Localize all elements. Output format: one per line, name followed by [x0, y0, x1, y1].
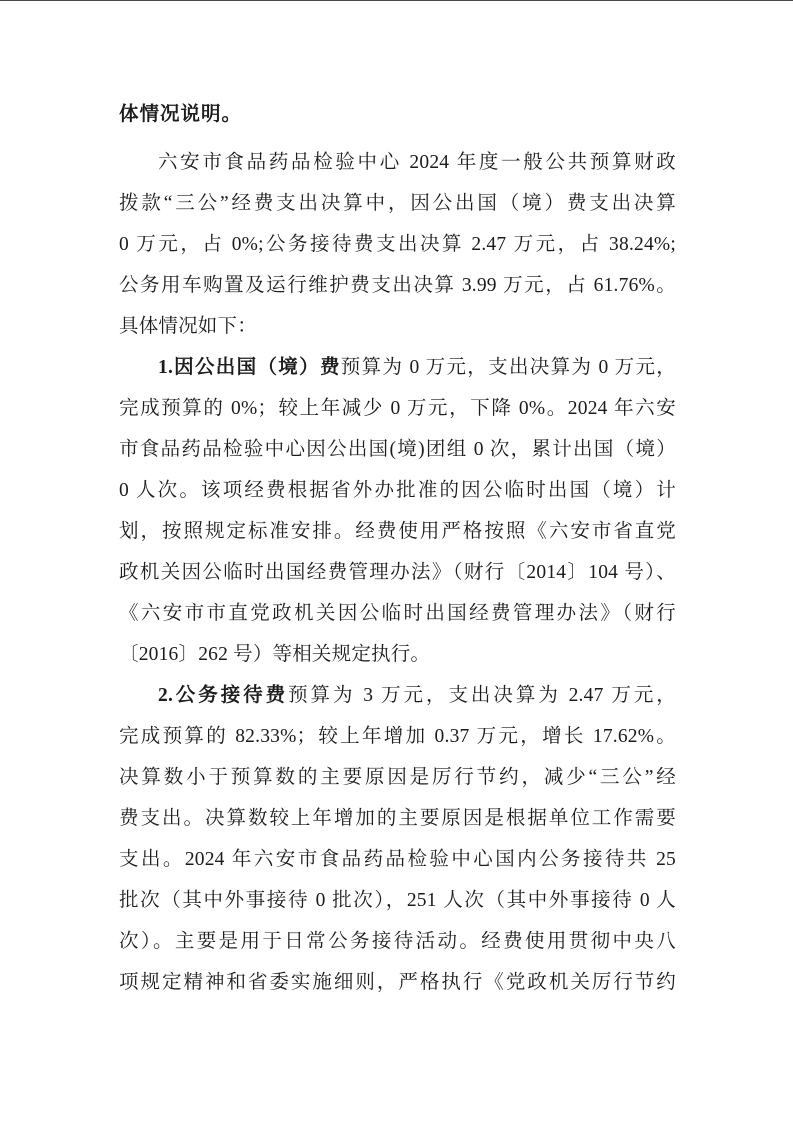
line-text-run: 决算数小于预算数的主要原因是厉行节约，减少“三公”经 — [119, 767, 676, 788]
line-text-run: 〔2016〕262 号）等相关规定执行。 — [119, 644, 430, 665]
line-text-run: 拨款“三公”经费支出决算中，因公出国（境）费支出决算 — [119, 193, 676, 214]
text-line: 〔2016〕262 号）等相关规定执行。 — [119, 634, 676, 675]
text-line: 完成预算的 82.33%；较上年增加 0.37 万元，增长 17.62%。 — [119, 716, 676, 757]
text-line: 0 万元，占 0%;公务接待费支出决算 2.47 万元，占 38.24%; — [119, 224, 676, 265]
text-line: 拨款“三公”经费支出决算中，因公出国（境）费支出决算 — [119, 183, 676, 224]
text-line: 决算数小于预算数的主要原因是厉行节约，减少“三公”经 — [119, 757, 676, 798]
line-bold-run: 体情况说明。 — [119, 104, 242, 125]
line-text-run: 《六安市市直党政机关因公临时出国经费管理办法》（财行 — [119, 603, 676, 624]
text-line: 批次（其中外事接待 0 批次），251 人次（其中外事接待 0 人 — [119, 880, 676, 921]
line-bold-run: 2.公务接待费 — [158, 685, 288, 706]
text-line: 支出。2024 年六安市食品药品检验中心国内公务接待共 25 — [119, 839, 676, 880]
line-text-run: 次）。主要是用于日常公务接待活动。经费使用贯彻中央八 — [119, 931, 676, 952]
text-line: 完成预算的 0%；较上年减少 0 万元，下降 0%。2024 年六安 — [119, 388, 676, 429]
line-text-run: 具体情况如下： — [119, 316, 257, 337]
text-line: 次）。主要是用于日常公务接待活动。经费使用贯彻中央八 — [119, 921, 676, 962]
text-line: 具体情况如下： — [119, 306, 676, 347]
text-line: 市食品药品检验中心因公出国(境)团组 0 次，累计出国（境） — [119, 429, 676, 470]
line-text-run: 0 人次。该项经费根据省外办批准的因公临时出国（境）计 — [119, 480, 676, 501]
text-line: 六安市食品药品检验中心 2024 年度一般公共预算财政 — [119, 142, 676, 183]
line-text-run: 支出。2024 年六安市食品药品检验中心国内公务接待共 25 — [119, 849, 676, 870]
line-text-run: 批次（其中外事接待 0 批次），251 人次（其中外事接待 0 人 — [119, 890, 676, 911]
line-text-run: 政机关因公临时出国经费管理办法》（财行〔2014〕104 号）、 — [119, 562, 676, 583]
text-line: 政机关因公临时出国经费管理办法》（财行〔2014〕104 号）、 — [119, 552, 676, 593]
line-text-run: 预算为 3 万元，支出决算为 2.47 万元， — [288, 685, 676, 706]
line-text-run: 0 万元，占 0%;公务接待费支出决算 2.47 万元，占 38.24%; — [119, 234, 676, 255]
line-text-run: 预算为 0 万元，支出决算为 0 万元， — [341, 357, 676, 378]
document-body-text: 体情况说明。 六安市食品药品检验中心 2024 年度一般公共预算财政 拨款“三公… — [119, 94, 676, 1003]
text-line: 项规定精神和省委实施细则，严格执行《党政机关厉行节约 — [119, 962, 676, 1003]
line-text-run: 市食品药品检验中心因公出国(境)团组 0 次，累计出国（境） — [119, 439, 676, 460]
line-text-run: 划，按照规定标准安排。经费使用严格按照《六安市省直党 — [119, 521, 676, 542]
text-line: 划，按照规定标准安排。经费使用严格按照《六安市省直党 — [119, 511, 676, 552]
text-line: 公务用车购置及运行维护费支出决算 3.99 万元，占 61.76%。 — [119, 265, 676, 306]
line-text-run: 完成预算的 0%；较上年减少 0 万元，下降 0%。2024 年六安 — [119, 398, 676, 419]
text-line: 费支出。决算数较上年增加的主要原因是根据单位工作需要 — [119, 798, 676, 839]
line-bold-run: 1.因公出国（境）费 — [158, 357, 341, 378]
line-text-run: 六安市食品药品检验中心 2024 年度一般公共预算财政 — [158, 152, 676, 173]
text-line: 0 人次。该项经费根据省外办批准的因公临时出国（境）计 — [119, 470, 676, 511]
text-line: 《六安市市直党政机关因公临时出国经费管理办法》（财行 — [119, 593, 676, 634]
text-line: 2.公务接待费预算为 3 万元，支出决算为 2.47 万元， — [119, 675, 676, 716]
line-text-run: 费支出。决算数较上年增加的主要原因是根据单位工作需要 — [119, 808, 676, 829]
text-line: 1.因公出国（境）费预算为 0 万元，支出决算为 0 万元， — [119, 347, 676, 388]
page-top-edge — [0, 0, 793, 1]
text-line: 体情况说明。 — [119, 94, 676, 135]
document-page: { "page": { "background": "#ffffff", "te… — [0, 0, 793, 1122]
line-text-run: 项规定精神和省委实施细则，严格执行《党政机关厉行节约 — [119, 972, 676, 993]
line-text-run: 完成预算的 82.33%；较上年增加 0.37 万元，增长 17.62%。 — [119, 726, 676, 747]
line-text-run: 公务用车购置及运行维护费支出决算 3.99 万元，占 61.76%。 — [119, 275, 676, 296]
